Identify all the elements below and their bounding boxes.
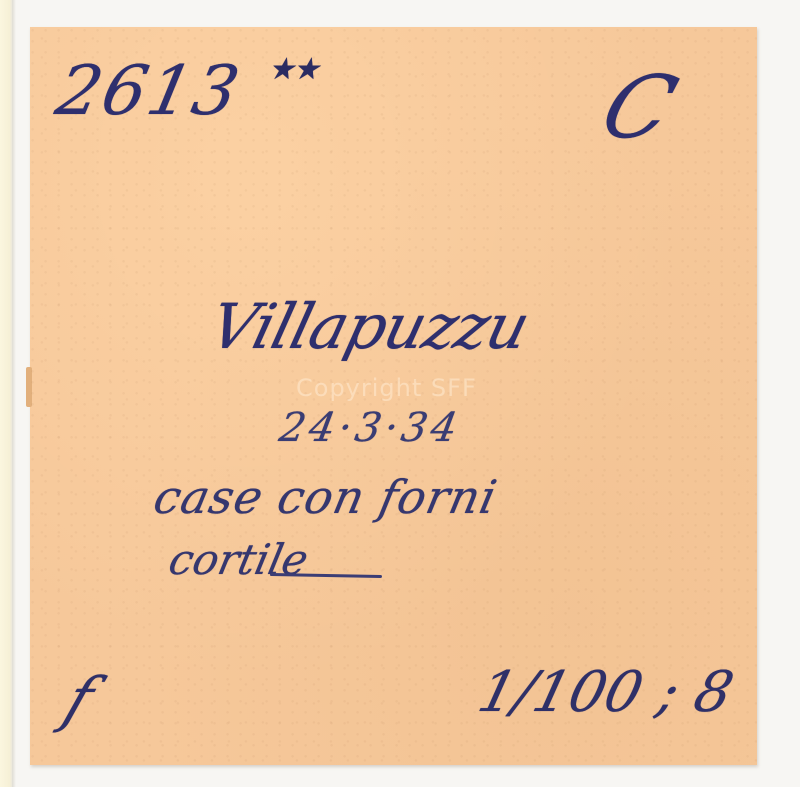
scale-note: 1/100 ; 8	[472, 660, 740, 725]
description-line-1: case con forni	[149, 470, 502, 524]
stars-icon: ★★	[268, 52, 318, 87]
paper-fold-notch	[26, 367, 32, 407]
description-line-2: cortile	[165, 535, 313, 584]
date: 24·3·34	[276, 405, 465, 451]
place-name: Villapuzzu	[203, 290, 536, 363]
catalog-number: 2613	[50, 52, 248, 131]
copyright-watermark: Copyright SFF	[296, 374, 477, 402]
adjacent-paper-strip	[0, 0, 12, 787]
strip-shadow	[12, 0, 16, 787]
